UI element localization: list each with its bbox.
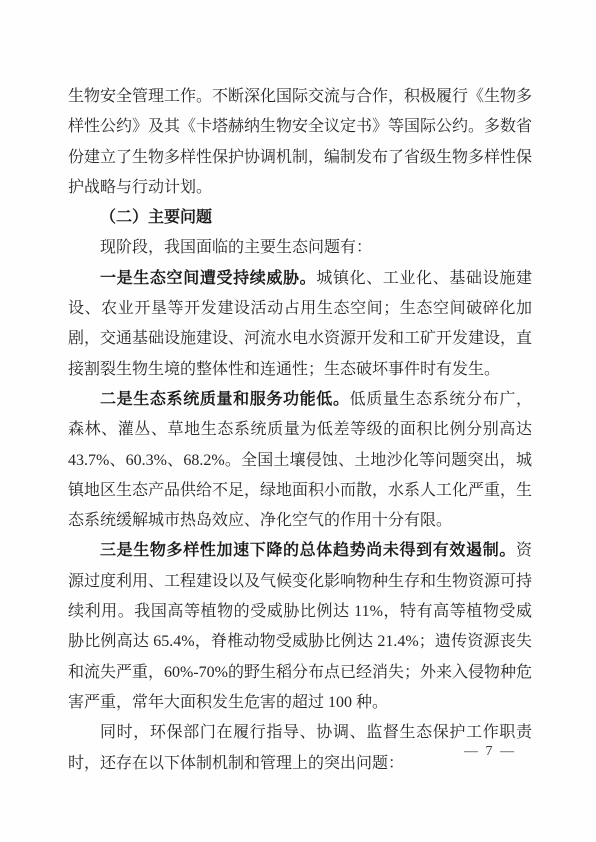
paragraph-text: 现阶段，我国面临的主要生态问题有： xyxy=(100,239,372,256)
document-page: 生物安全管理工作。不断深化国际交流与合作，积极履行《生物多样性公约》及其《卡塔赫… xyxy=(0,0,596,842)
paragraph-text: 资源过度利用、工程建设以及气候变化影响物种生存和生物资源可持续利用。我国高等植物… xyxy=(68,542,532,710)
paragraph: 一是生态空间遭受持续威胁。城镇化、工业化、基础设施建设、农业开垦等开发建设活动占… xyxy=(68,264,532,385)
paragraph-text: 生物安全管理工作。不断深化国际交流与合作，积极履行《生物多样性公约》及其《卡塔赫… xyxy=(68,88,532,196)
paragraph: 同时，环保部门在履行指导、协调、监督生态保护工作职责时，还存在以下体制机制和管理… xyxy=(68,718,532,779)
paragraph-lead-bold: （二）主要问题 xyxy=(100,209,212,226)
section-heading: （二）主要问题 xyxy=(68,203,532,233)
paragraph-text: 低质量生态系统分布广，森林、灌丛、草地生态系统质量为低差等级的面积比例分别高达 … xyxy=(68,391,532,529)
page-number: — 7 — xyxy=(464,744,516,760)
paragraph: 生物安全管理工作。不断深化国际交流与合作，积极履行《生物多样性公约》及其《卡塔赫… xyxy=(68,82,532,203)
paragraph-lead-bold: 二是生态系统质量和服务功能低。 xyxy=(100,391,350,408)
document-body: 生物安全管理工作。不断深化国际交流与合作，积极履行《生物多样性公约》及其《卡塔赫… xyxy=(68,82,532,779)
paragraph-text: 同时，环保部门在履行指导、协调、监督生态保护工作职责时，还存在以下体制机制和管理… xyxy=(68,724,532,771)
paragraph: 现阶段，我国面临的主要生态问题有： xyxy=(68,233,532,263)
paragraph-lead-bold: 一是生态空间遭受持续威胁。 xyxy=(100,270,316,287)
paragraph-lead-bold: 三是生物多样性加速下降的总体趋势尚未得到有效遏制。 xyxy=(100,542,516,559)
paragraph: 三是生物多样性加速下降的总体趋势尚未得到有效遏制。资源过度利用、工程建设以及气候… xyxy=(68,536,532,718)
paragraph: 二是生态系统质量和服务功能低。低质量生态系统分布广，森林、灌丛、草地生态系统质量… xyxy=(68,385,532,536)
